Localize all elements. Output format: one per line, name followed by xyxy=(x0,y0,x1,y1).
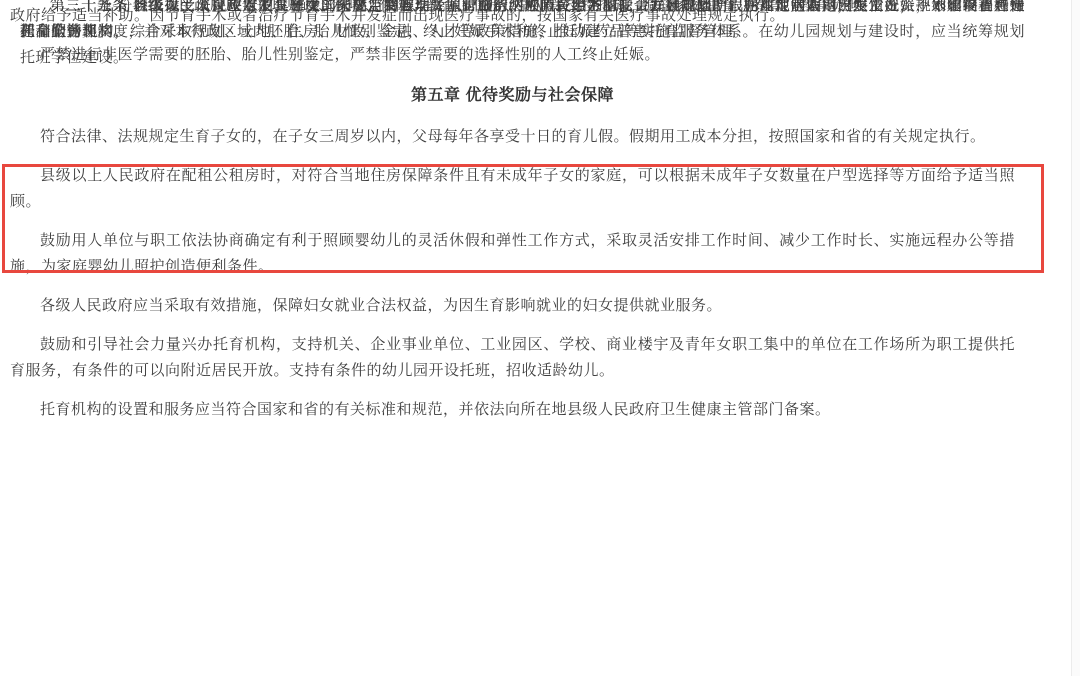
paragraph: 托育机构的设置和服务应当符合国家和省的有关标准和规范，并依法向所在地县级人民政府… xyxy=(10,397,1015,423)
paragraph: 各级人民政府应当采取有效措施，保障妇女就业合法权益，为因生育影响就业的妇女提供就… xyxy=(10,293,1015,319)
content-right-border xyxy=(1071,0,1080,676)
paragraph: 鼓励和引导社会力量兴办托育机构，支持机关、企业事业单位、工业园区、学校、商业楼宇… xyxy=(10,332,1015,384)
paragraph: 鼓励用人单位与职工依法协商确定有利于照顾婴幼儿的灵活休假和弹性工作方式，采取灵活… xyxy=(10,228,1015,280)
paragraph: 第三十三条 县级以上人民政府及其有关部门应当将婴幼儿照护服务纳入国民经济和社会发… xyxy=(20,0,1025,71)
chapter-heading: 第五章 优待奖励与社会保障 xyxy=(10,83,1015,109)
regulation-article-body: 政府给予适当补助。因节育手术或者治疗节育手术并发症而出现医疗事故的，按国家有关医… xyxy=(10,0,1015,436)
paragraph: 县级以上人民政府在配租公租房时，对符合当地住房保障条件且有未成年子女的家庭，可以… xyxy=(10,163,1015,215)
document-page: 政府给予适当补助。因节育手术或者治疗节育手术并发症而出现医疗事故的，按国家有关医… xyxy=(0,0,1080,676)
paragraph: 符合法律、法规规定生育子女的，在子女三周岁以内，父母每年各享受十日的育儿假。假期… xyxy=(10,124,1015,150)
